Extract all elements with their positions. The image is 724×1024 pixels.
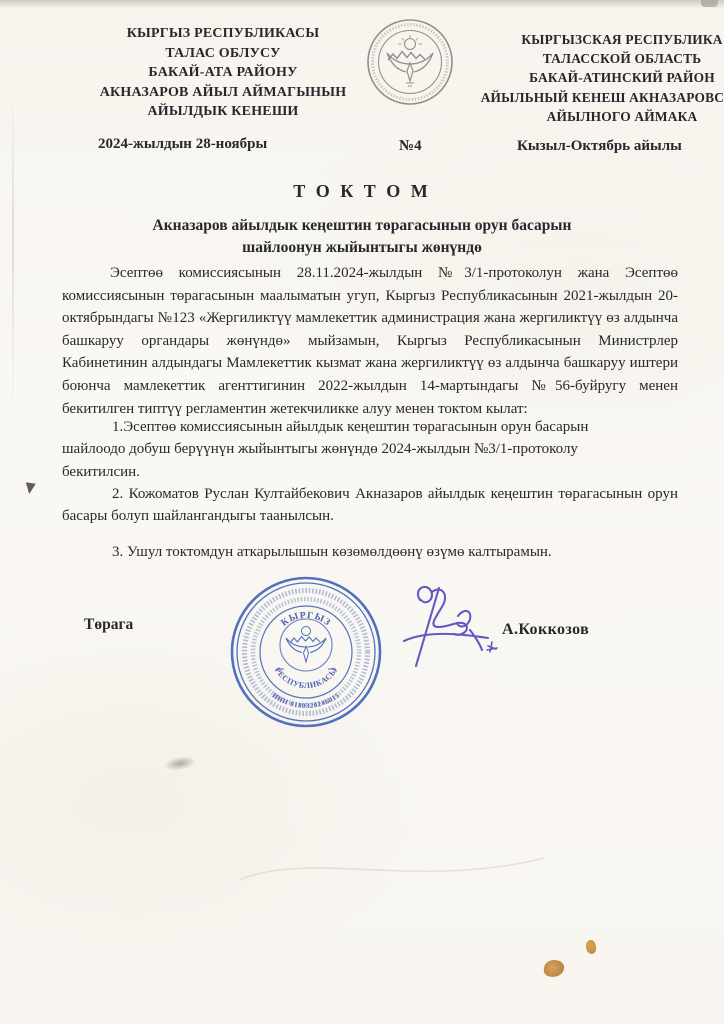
header-right-line: БАКАЙ-АТИНСКИЙ РАЙОН xyxy=(452,68,724,87)
decree-place: Кызыл-Октябрь айылы xyxy=(517,138,682,155)
faint-scan-line-artifact xyxy=(238,828,548,900)
header-left-line: АЙЫЛДЫК КЕНЕШИ xyxy=(58,102,388,122)
decree-date: 2024-жылдын 28-ноябры xyxy=(98,136,267,153)
decree-subtitle-line: Акназаров айылдык кеңештин төрагасынын о… xyxy=(62,215,662,237)
header-left-line: АКНАЗАРОВ АЙЫЛ АЙМАГЫНЫН xyxy=(58,83,388,103)
decree-item-1: 1.Эсептөө комиссиясынын айылдык кеңештин… xyxy=(62,416,654,483)
header-left-line: КЫРГЫЗ РЕСПУБЛИКАСЫ xyxy=(58,24,388,44)
kyrgyz-emblem-icon xyxy=(365,17,455,107)
scanned-decree-page: КЫРГЫЗ РЕСПУБЛИКАСЫ ТАЛАС ОБЛУСУ БАКАЙ-А… xyxy=(0,0,724,1024)
svg-text:КЫРГЫЗ: КЫРГЫЗ xyxy=(280,611,333,629)
header-left-line: ТАЛАС ОБЛУСУ xyxy=(58,44,388,64)
official-round-stamp: КЫРГЫЗ РЕСПУБЛИКАСЫ ИНН 0180320246015 xyxy=(227,573,385,731)
header-right-line: КЫРГЫЗСКАЯ РЕСПУБЛИКА xyxy=(452,30,724,49)
gray-smudge-artifact xyxy=(163,754,197,772)
handwritten-signature xyxy=(392,578,512,678)
stain-spot-large xyxy=(543,959,565,978)
scan-left-fold-line xyxy=(12,88,14,418)
pen-mark-artifact xyxy=(24,482,35,494)
decree-subtitle: Акназаров айылдык кеңештин төрагасынын о… xyxy=(62,215,662,258)
header-right-line: АЙЫЛЬНЫЙ КЕНЕШ АКНАЗАРОВСКОГО xyxy=(452,88,724,107)
signatory-name: А.Коккозов xyxy=(502,621,589,639)
header-right-line: ТАЛАССКОЙ ОБЛАСТЬ xyxy=(452,49,724,68)
stain-spot-small xyxy=(585,939,598,955)
decree-item-3: 3. Ушул токтомдун аткарылышын көзөмөлдөө… xyxy=(62,541,678,563)
decree-preamble: Эсептөө комиссиясынын 28.11.2024-жылдын … xyxy=(62,262,678,420)
signature-role-label: Төрага xyxy=(84,616,133,634)
decree-subtitle-line: шайлоонун жыйынтыгы жөнүндө xyxy=(62,237,662,259)
decree-number: №4 xyxy=(399,138,422,155)
scan-corner-mark xyxy=(701,0,718,7)
header-left-line: БАКАЙ-АТА РАЙОНУ xyxy=(58,63,388,83)
scan-top-edge-shadow xyxy=(0,0,724,9)
decree-title: Т О К Т О М xyxy=(0,181,724,202)
stamp-arc-top-text: КЫРГЫЗ xyxy=(280,611,333,629)
header-right-line: АЙЫЛНОГО АЙМАКА xyxy=(452,107,724,126)
header-left-kyrgyz: КЫРГЫЗ РЕСПУБЛИКАСЫ ТАЛАС ОБЛУСУ БАКАЙ-А… xyxy=(58,24,388,122)
header-right-russian: КЫРГЫЗСКАЯ РЕСПУБЛИКА ТАЛАССКОЙ ОБЛАСТЬ … xyxy=(452,30,724,126)
decree-item-2: 2. Кожоматов Руслан Култайбекович Акназа… xyxy=(62,483,678,528)
